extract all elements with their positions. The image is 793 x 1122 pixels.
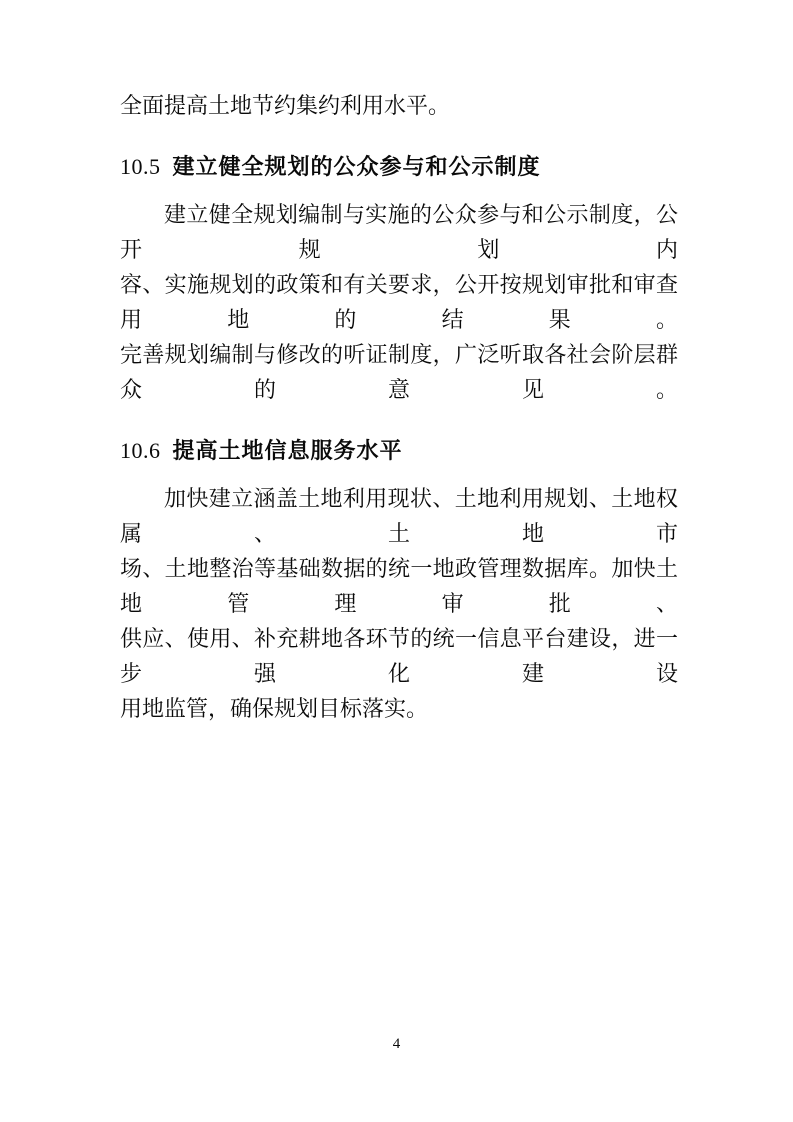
section-number: 10.5 (120, 154, 161, 179)
paragraph-line: 建立健全规划编制与实施的公众参与和公示制度，公开规划内 (120, 197, 678, 267)
paragraph-line: 容、实施规划的政策和有关要求，公开按规划审批和审查用地的结果。 (120, 267, 678, 337)
paragraph-line: 加快建立涵盖土地利用现状、土地利用规划、土地权属、土地市 (120, 481, 678, 551)
section-title: 提高土地信息服务水平 (173, 438, 403, 463)
paragraph-line: 供应、使用、补充耕地各环节的统一信息平台建设，进一步强化建设 (120, 621, 678, 691)
document-page: 全面提高土地节约集约利用水平。 10.5建立健全规划的公众参与和公示制度 建立健… (0, 0, 793, 1122)
page-number: 4 (0, 1036, 793, 1053)
section-number: 10.6 (120, 438, 161, 463)
section-10-5-paragraph: 建立健全规划编制与实施的公众参与和公示制度，公开规划内 容、实施规划的政策和有关… (120, 197, 678, 407)
paragraph-line: 场、土地整治等基础数据的统一地政管理数据库。加快土地管理审批、 (120, 551, 678, 621)
page-content: 全面提高土地节约集约利用水平。 10.5建立健全规划的公众参与和公示制度 建立健… (120, 88, 678, 726)
paragraph-line: 用地监管，确保规划目标落实。 (120, 691, 678, 726)
carryover-paragraph-line: 全面提高土地节约集约利用水平。 (120, 88, 678, 123)
section-title: 建立健全规划的公众参与和公示制度 (173, 154, 541, 179)
section-heading-10-5: 10.5建立健全规划的公众参与和公示制度 (120, 151, 678, 183)
section-10-6-paragraph: 加快建立涵盖土地利用现状、土地利用规划、土地权属、土地市 场、土地整治等基础数据… (120, 481, 678, 726)
paragraph-line: 完善规划编制与修改的听证制度，广泛听取各社会阶层群众的意见。 (120, 337, 678, 407)
section-heading-10-6: 10.6提高土地信息服务水平 (120, 435, 678, 467)
